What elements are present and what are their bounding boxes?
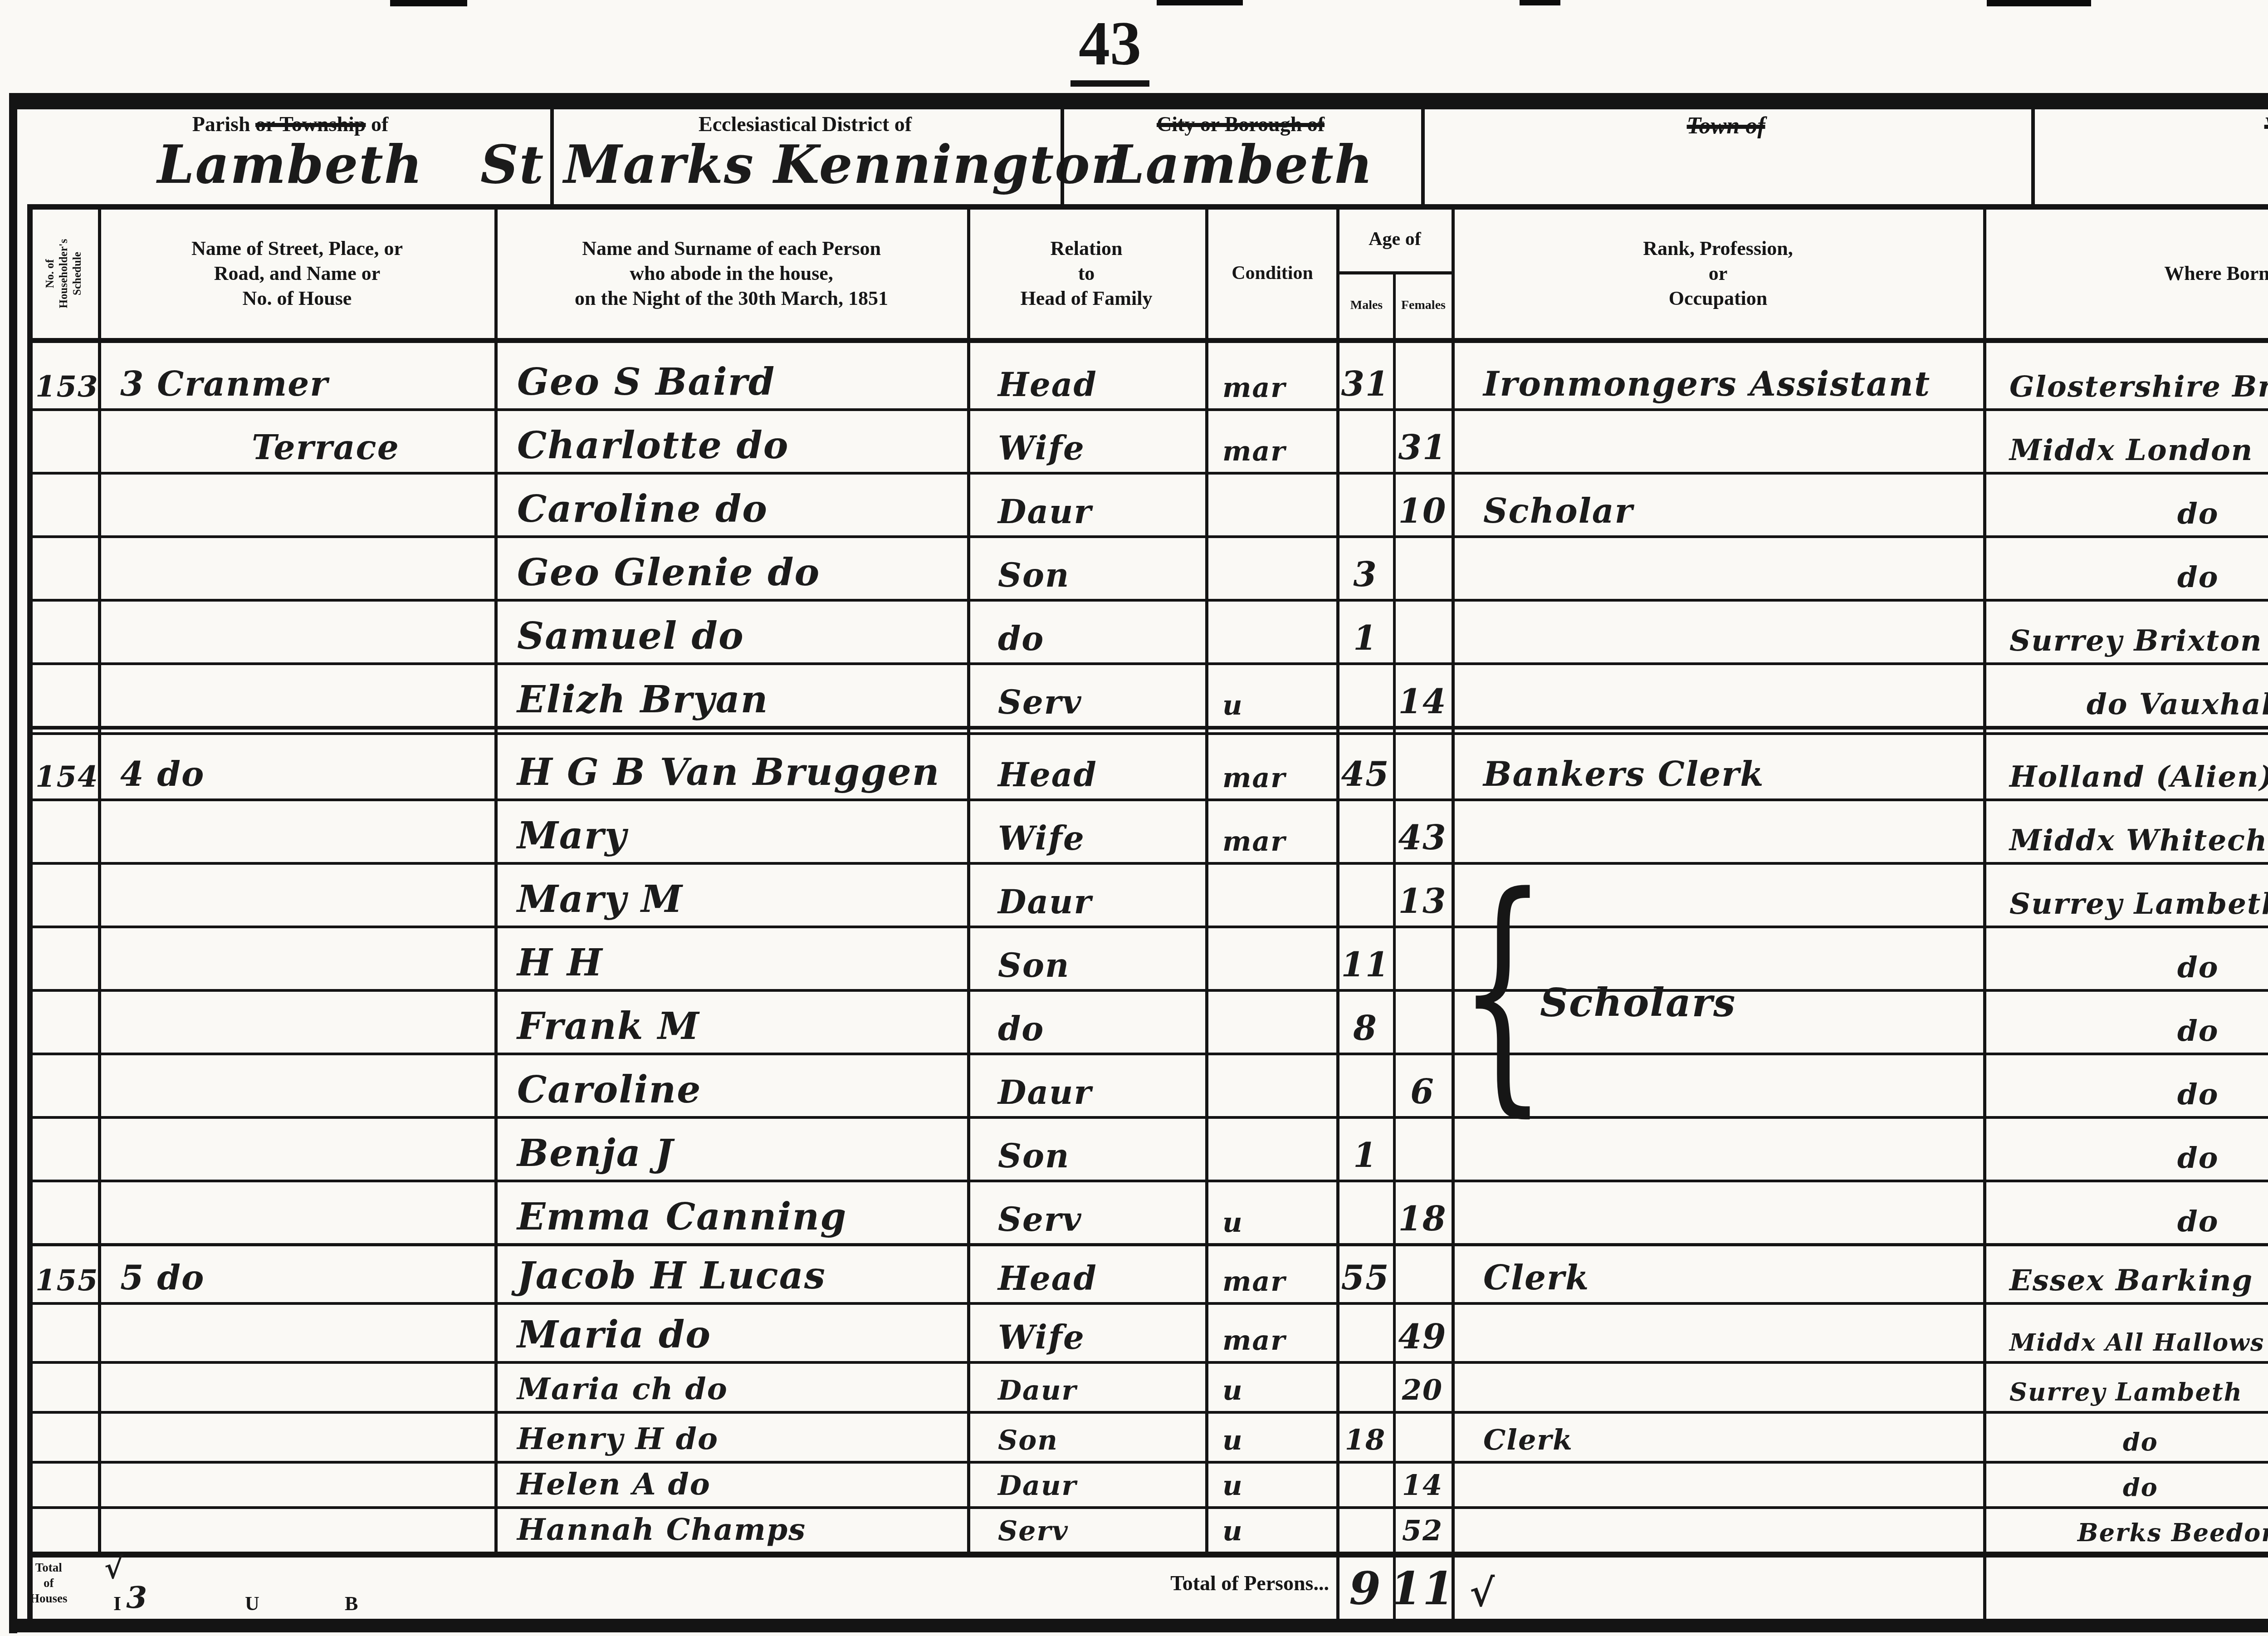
cell-relation: do bbox=[971, 599, 1202, 662]
cell-age-male: 8 bbox=[1338, 989, 1393, 1053]
grid-line bbox=[1421, 109, 1425, 206]
total-houses-uninhabited: U bbox=[245, 1552, 290, 1620]
cell-name: Benja J bbox=[499, 1116, 962, 1180]
cell-born: do bbox=[1987, 1411, 2268, 1461]
total-check-mark: √ bbox=[1470, 1552, 1560, 1620]
cell-relation: Daur bbox=[971, 862, 1202, 926]
cell-relation: Daur bbox=[971, 472, 1202, 535]
cell-condition: mar bbox=[1209, 408, 1336, 472]
cell-address: 3 Cranmer bbox=[102, 345, 492, 408]
cell-relation: do bbox=[971, 989, 1202, 1053]
cell-age-female: 52 bbox=[1394, 1506, 1451, 1552]
colhead-occupation: Rank, Profession, or Occupation bbox=[1456, 209, 1980, 338]
cell-condition: mar bbox=[1209, 798, 1336, 862]
page-number: 43 bbox=[1070, 7, 1149, 87]
colhead-age: Age of bbox=[1340, 209, 1449, 270]
cell-born: do bbox=[1987, 472, 2268, 535]
colhead-age-males: Males bbox=[1340, 272, 1393, 338]
cell-age-male: 55 bbox=[1338, 1243, 1393, 1302]
cell-age-female: 18 bbox=[1394, 1180, 1451, 1243]
cell-relation: Daur bbox=[971, 1053, 1202, 1116]
table-row: 154 4 do H G B Van Bruggen Head mar 45 B… bbox=[0, 735, 2268, 798]
cell-name: Samuel do bbox=[499, 599, 962, 662]
cell-age-male: 45 bbox=[1338, 735, 1393, 798]
total-females: 11 bbox=[1394, 1552, 1451, 1620]
cell-name: Maria do bbox=[499, 1302, 962, 1361]
colhead-born: Where Born bbox=[1987, 209, 2268, 338]
colhead-street: Name of Street, Place, or Road, and Name… bbox=[102, 209, 492, 338]
district-value: St Marks Kennington bbox=[480, 134, 1130, 196]
grid-line bbox=[2031, 109, 2035, 206]
cell-born: Surrey Lambeth bbox=[1987, 862, 2268, 926]
cell-age-female: 31 bbox=[1394, 408, 1451, 472]
total-houses-building: B bbox=[345, 1552, 390, 1620]
scholars-group-brace: { bbox=[1458, 864, 1547, 1116]
cell-address: 5 do bbox=[102, 1243, 492, 1302]
grid-line bbox=[550, 109, 554, 206]
film-edge-mark bbox=[1987, 0, 2091, 6]
cell-name: Jacob H Lucas bbox=[499, 1243, 962, 1302]
cell-name: H G B Van Bruggen bbox=[499, 735, 962, 798]
cell-born: do bbox=[1987, 1053, 2268, 1116]
table-row: Caroline do Daur 10 Scholar do / bbox=[0, 472, 2268, 535]
cell-name: Helen A do bbox=[499, 1461, 962, 1506]
table-row: Samuel do do 1 Surrey Brixton / bbox=[0, 599, 2268, 662]
cell-age-male: 3 bbox=[1338, 535, 1393, 599]
cell-name: Emma Canning bbox=[499, 1180, 962, 1243]
town-label: Town of bbox=[1687, 111, 1765, 141]
cell-born: Holland (Alien) bbox=[1987, 735, 2268, 798]
cell-relation: Son bbox=[971, 1116, 1202, 1180]
cell-occupation: Clerk bbox=[1456, 1411, 1980, 1461]
table-row: Hannah Champs Serv u 52 Berks Beedon / bbox=[0, 1506, 2268, 1552]
cell-relation: Head bbox=[971, 735, 1202, 798]
cell-occupation: Ironmongers Assistant bbox=[1456, 345, 1980, 408]
cell-age-female: 10 bbox=[1394, 472, 1451, 535]
table-row: Elizh Bryan Serv u 14 do Vauxhall bbox=[0, 662, 2268, 726]
cell-schedule: 154 bbox=[30, 735, 98, 798]
table-row: Maria do Wife mar 49 Middx All Hallows o… bbox=[0, 1302, 2268, 1361]
cell-condition: mar bbox=[1209, 345, 1336, 408]
cell-age-female: 49 bbox=[1394, 1302, 1451, 1361]
cell-occupation: Clerk bbox=[1456, 1243, 1980, 1302]
colhead-age-females: Females bbox=[1396, 272, 1451, 338]
cell-born: Middx Whitechapel bbox=[1987, 798, 2268, 862]
table-row: Mary Wife mar 43 Middx Whitechapel / bbox=[0, 798, 2268, 862]
cell-condition: u bbox=[1209, 1361, 1336, 1411]
table-row: Emma Canning Serv u 18 do / bbox=[0, 1180, 2268, 1243]
grid-line bbox=[1061, 109, 1064, 206]
cell-schedule: 153 bbox=[30, 345, 98, 408]
header-parish: Parish or Township of Lambeth bbox=[32, 111, 549, 204]
cell-relation: Daur bbox=[971, 1361, 1202, 1411]
totals-row: Total of Houses √ I 3 U B Total of Perso… bbox=[0, 1552, 2268, 1620]
header-district: Ecclesiastical District of St Marks Kenn… bbox=[553, 111, 1057, 204]
village-label: Village of bbox=[2264, 111, 2268, 141]
grid-line bbox=[27, 338, 2268, 343]
cell-age-female: 13 bbox=[1394, 862, 1451, 926]
cell-born: Surrey Brixton bbox=[1987, 599, 2268, 662]
cell-relation: Head bbox=[971, 1243, 1202, 1302]
borough-value: Lambeth bbox=[1108, 134, 1374, 196]
schedule-header-label: No. of Householder's Schedule bbox=[44, 239, 84, 308]
total-houses-label: Total of Houses bbox=[30, 1552, 98, 1620]
cell-name: H H bbox=[499, 926, 962, 989]
cell-name: Caroline bbox=[499, 1053, 962, 1116]
cell-relation: Wife bbox=[971, 1302, 1202, 1361]
colhead-schedule: No. of Householder's Schedule bbox=[30, 209, 98, 338]
cell-name: Frank M bbox=[499, 989, 962, 1053]
cell-condition: u bbox=[1209, 1411, 1336, 1461]
census-page-scan: 43 Parish or Township of Lambeth Ecclesi… bbox=[0, 0, 2268, 1636]
total-houses-inhabited: I 3 bbox=[113, 1552, 213, 1620]
cell-address: Terrace bbox=[102, 408, 492, 472]
cell-condition: mar bbox=[1209, 735, 1336, 798]
cell-relation: Son bbox=[971, 535, 1202, 599]
form-bottom-border bbox=[9, 1619, 2268, 1632]
cell-condition: u bbox=[1209, 1180, 1336, 1243]
cell-age-male: 1 bbox=[1338, 1116, 1393, 1180]
cell-born: Middx London bbox=[1987, 408, 2268, 472]
cell-condition: mar bbox=[1209, 1302, 1336, 1361]
cell-age-male: 1 bbox=[1338, 599, 1393, 662]
total-males: 9 bbox=[1338, 1552, 1393, 1620]
colhead-relation: Relation to Head of Family bbox=[971, 209, 1202, 338]
colhead-condition: Condition bbox=[1209, 209, 1336, 338]
scholars-group-label: Scholars bbox=[1540, 980, 1736, 1026]
cell-address: 4 do bbox=[102, 735, 492, 798]
cell-born: do bbox=[1987, 1116, 2268, 1180]
cell-relation: Head bbox=[971, 345, 1202, 408]
parish-value: Lambeth bbox=[157, 134, 423, 196]
cell-schedule: 155 bbox=[30, 1243, 98, 1302]
table-row: 153 3 Cranmer Geo S Baird Head mar 31 Ir… bbox=[0, 345, 2268, 408]
cell-age-female: 14 bbox=[1394, 1461, 1451, 1506]
cell-born: do bbox=[1987, 1461, 2268, 1506]
table-row: Henry H do Son u 18 Clerk do bbox=[0, 1411, 2268, 1461]
cell-age-male: 11 bbox=[1338, 926, 1393, 989]
cell-relation: Serv bbox=[971, 662, 1202, 726]
cell-relation: Wife bbox=[971, 798, 1202, 862]
cell-name: Mary bbox=[499, 798, 962, 862]
colhead-name: Name and Surname of each Person who abod… bbox=[499, 209, 964, 338]
cell-relation: Serv bbox=[971, 1180, 1202, 1243]
header-village: Village of bbox=[2034, 111, 2268, 204]
cell-born: do bbox=[1987, 989, 2268, 1053]
table-row: Frank M do 8 do / bbox=[0, 989, 2268, 1053]
cell-age-male: 31 bbox=[1338, 345, 1393, 408]
cell-born: Middx All Hallows on the Wall bbox=[1987, 1302, 2268, 1361]
cell-name: Maria ch do bbox=[499, 1361, 962, 1411]
film-edge-mark bbox=[1157, 0, 1243, 5]
cell-name: Henry H do bbox=[499, 1411, 962, 1461]
cell-born: do bbox=[1987, 1180, 2268, 1243]
film-edge-mark bbox=[390, 0, 467, 6]
cell-name: Geo S Baird bbox=[499, 345, 962, 408]
cell-age-female: 43 bbox=[1394, 798, 1451, 862]
table-row: 155 5 do Jacob H Lucas Head mar 55 Clerk… bbox=[0, 1243, 2268, 1302]
cell-born: do bbox=[1987, 926, 2268, 989]
table-row: H H Son 11 do bbox=[0, 926, 2268, 989]
cell-relation: Daur bbox=[971, 1461, 1202, 1506]
header-borough: City or Borough of Lambeth bbox=[1064, 111, 1417, 204]
cell-born: Essex Barking bbox=[1987, 1243, 2268, 1302]
cell-born: do Vauxhall bbox=[1987, 662, 2268, 726]
cell-relation: Son bbox=[971, 926, 1202, 989]
header-town: Town of bbox=[1424, 111, 2028, 204]
table-row: Geo Glenie do Son 3 do / bbox=[0, 535, 2268, 599]
cell-condition: u bbox=[1209, 1506, 1336, 1552]
table-row: Maria ch do Daur u 20 Surrey Lambeth bbox=[0, 1361, 2268, 1411]
cell-age-female: 14 bbox=[1394, 662, 1451, 726]
total-persons-label: Total of Persons... bbox=[971, 1552, 1329, 1620]
cell-name: Charlotte do bbox=[499, 408, 962, 472]
cell-born: Surrey Lambeth bbox=[1987, 1361, 2268, 1411]
cell-name: Geo Glenie do bbox=[499, 535, 962, 599]
cell-relation: Son bbox=[971, 1411, 1202, 1461]
grid-line bbox=[27, 726, 2268, 730]
cell-age-female: 20 bbox=[1394, 1361, 1451, 1411]
film-edge-mark bbox=[1520, 0, 1560, 5]
cell-condition: u bbox=[1209, 1461, 1336, 1506]
cell-age-female: 6 bbox=[1394, 1053, 1451, 1116]
cell-age-male: 18 bbox=[1338, 1411, 1393, 1461]
cell-relation: Wife bbox=[971, 408, 1202, 472]
table-row: Terrace Charlotte do Wife mar 31 Middx L… bbox=[0, 408, 2268, 472]
cell-occupation: Bankers Clerk bbox=[1456, 735, 1980, 798]
cell-name: Elizh Bryan bbox=[499, 662, 962, 726]
table-row: Helen A do Daur u 14 do bbox=[0, 1461, 2268, 1506]
table-row: Benja J Son 1 do bbox=[0, 1116, 2268, 1180]
cell-name: Hannah Champs bbox=[499, 1506, 962, 1552]
table-row: Mary M Daur 13 Surrey Lambeth bbox=[0, 862, 2268, 926]
cell-relation: Serv bbox=[971, 1506, 1202, 1552]
cell-name: Caroline do bbox=[499, 472, 962, 535]
cell-condition: mar bbox=[1209, 1243, 1336, 1302]
cell-born: Berks Beedon bbox=[1987, 1506, 2268, 1552]
form-top-border bbox=[9, 93, 2268, 109]
cell-occupation: Scholar bbox=[1456, 472, 1980, 535]
cell-condition: u bbox=[1209, 662, 1336, 726]
cell-born: do bbox=[1987, 535, 2268, 599]
table-row: Caroline Daur 6 do / bbox=[0, 1053, 2268, 1116]
cell-name: Mary M bbox=[499, 862, 962, 926]
cell-born: Glostershire Bristol bbox=[1987, 345, 2268, 408]
